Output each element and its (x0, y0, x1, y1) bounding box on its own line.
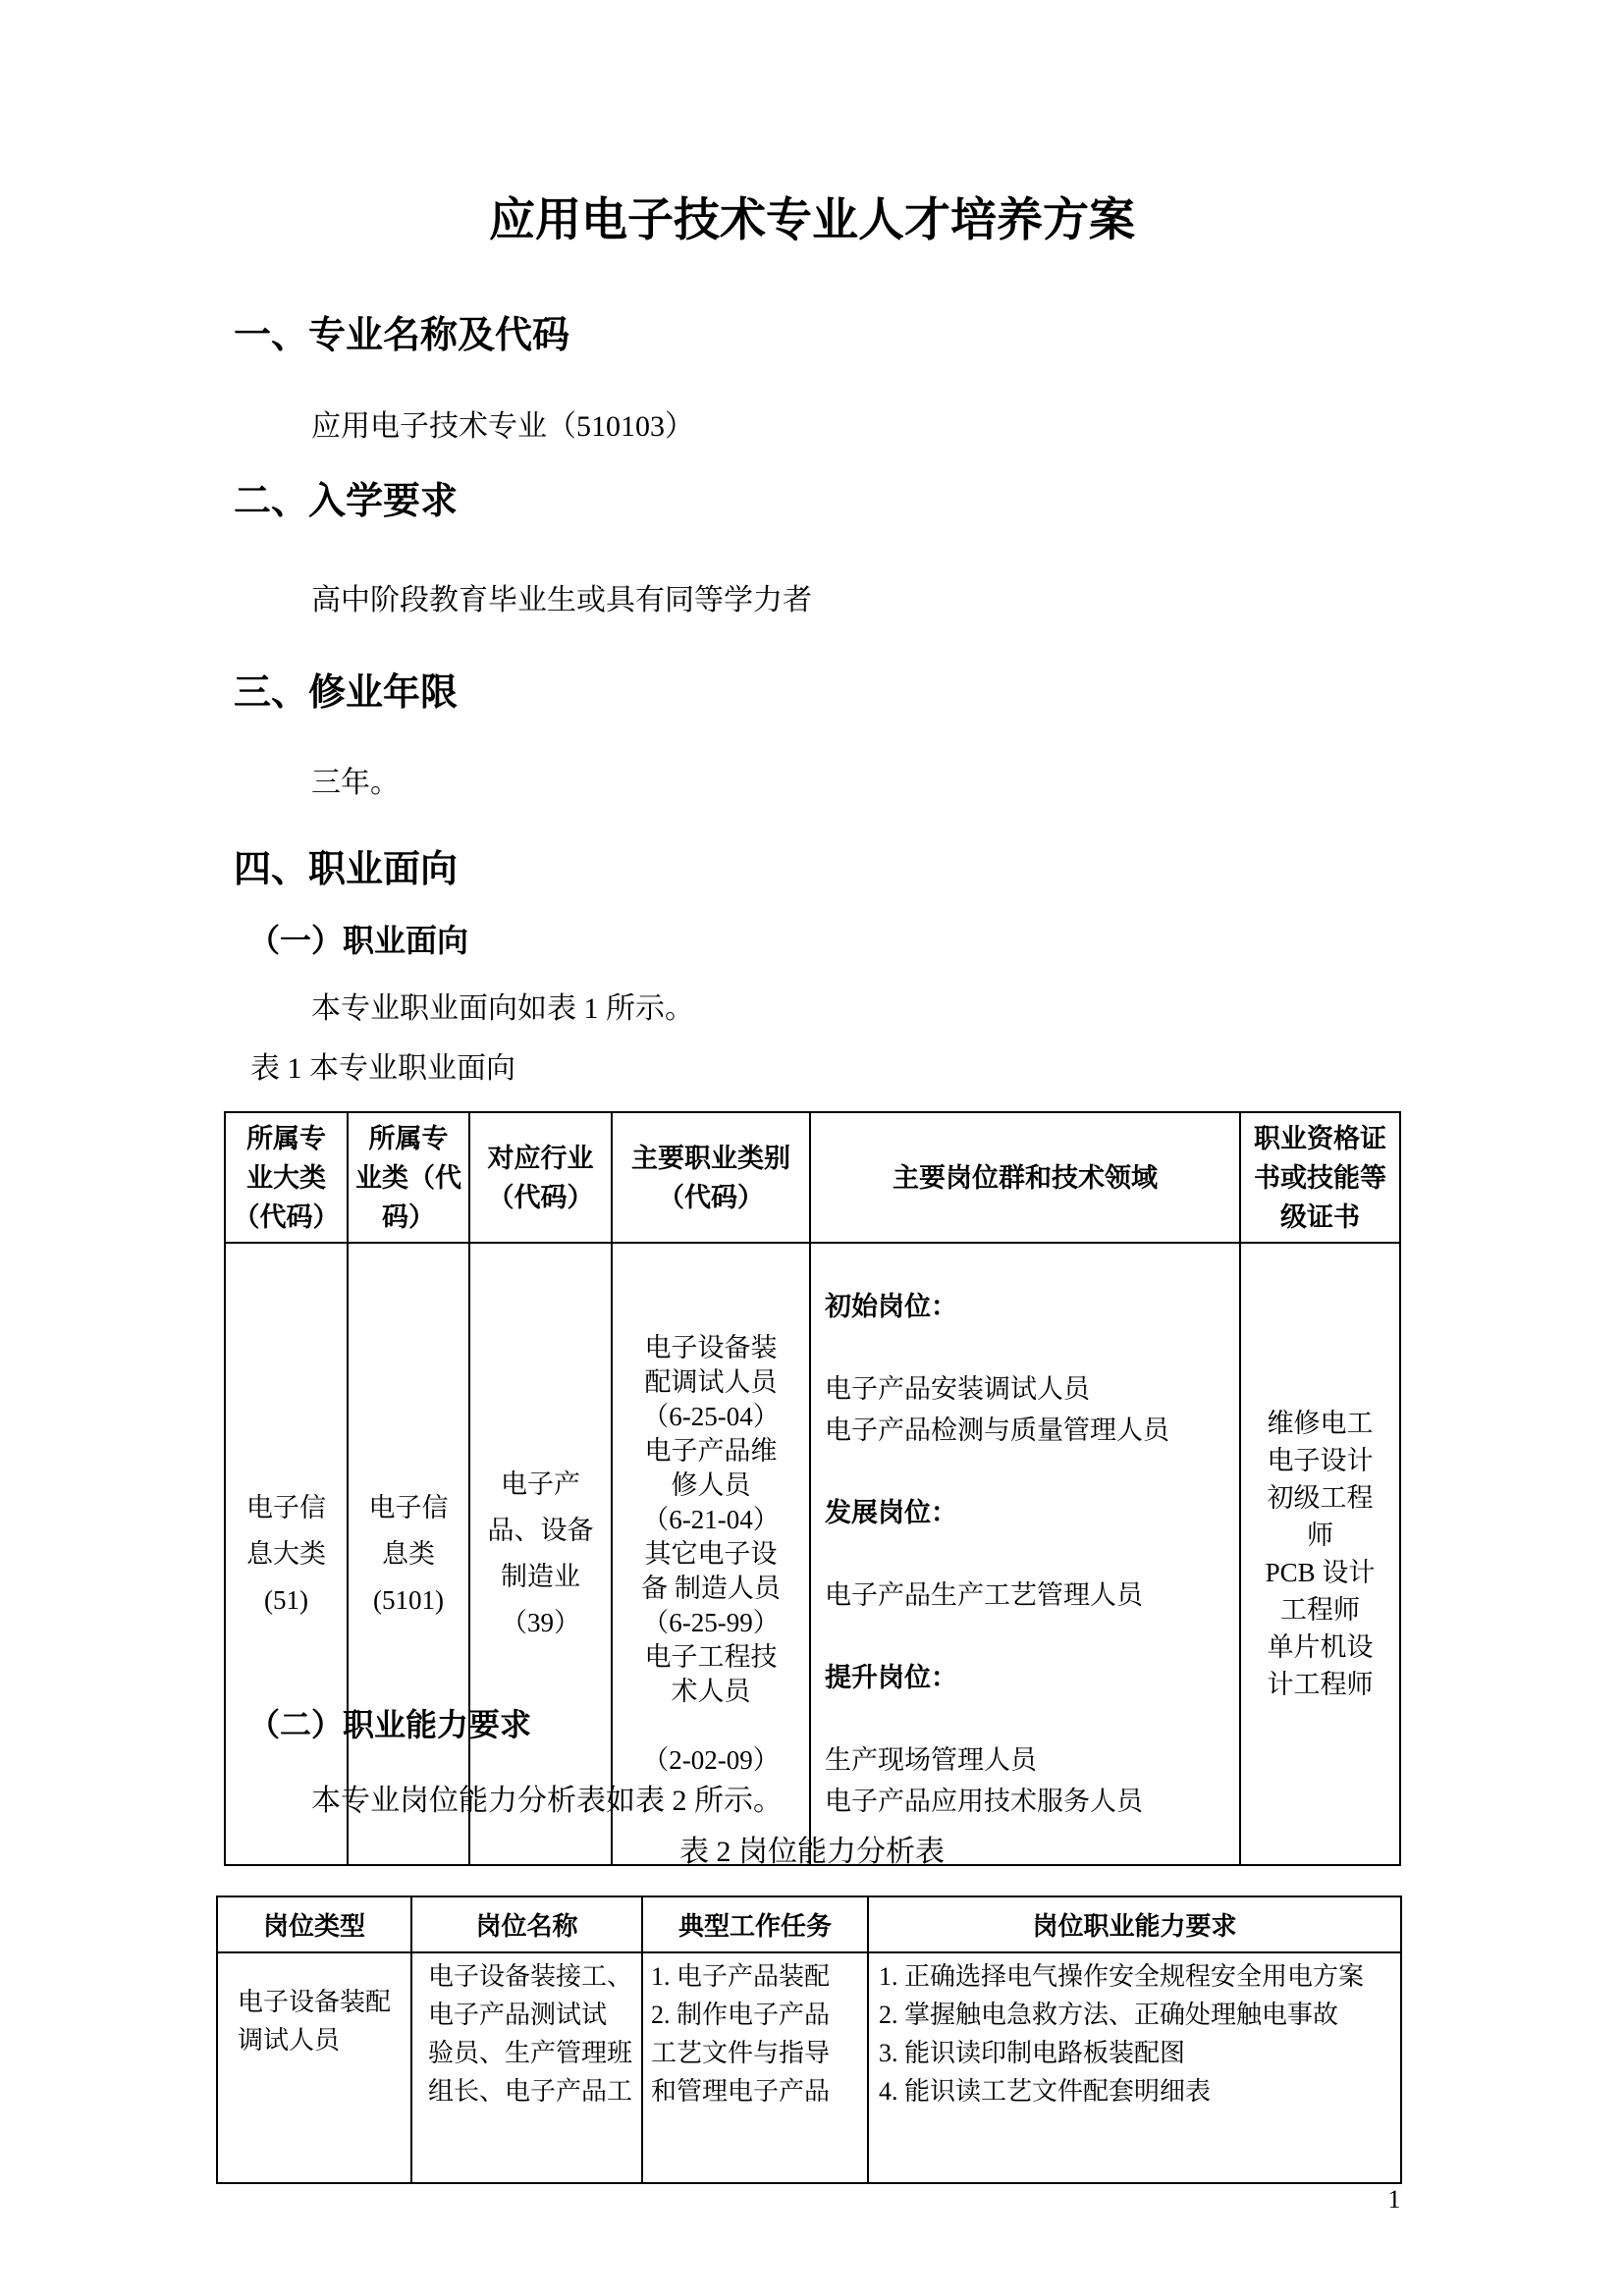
table1-cell-occupations: 电子设备装 配调试人员 （6-25-04） 电子产品维 修人员 （6-21-04… (612, 1243, 810, 1865)
section-heading-career: 四、职业面向 (234, 848, 458, 893)
post-ability-table: 岗位类型 岗位名称 典型工作任务 岗位职业能力要求 电子设备装配 调试人员 电子… (216, 1896, 1402, 2184)
section-body-admission: 高中阶段教育毕业生或具有同等学力者 (311, 581, 812, 621)
document-page: 应用电子技术专业人才培养方案 一、专业名称及代码 应用电子技术专业（510103… (0, 0, 1624, 2296)
section-heading-admission: 二、入学要求 (234, 480, 458, 525)
table2-header-row: 岗位类型 岗位名称 典型工作任务 岗位职业能力要求 (217, 1896, 1401, 1952)
promotion-positions-items: 生产现场管理人员 电子产品应用技术服务人员 (825, 1739, 1233, 1822)
table1-header-major-class: 所属专 业大类 （代码） (225, 1112, 348, 1243)
career-orientation-intro: 本专业职业面向如表 1 所示。 (311, 989, 694, 1030)
promotion-positions-label: 提升岗位： (825, 1657, 1233, 1698)
table2-cell-typical-tasks: 1. 电子产品装配 2. 制作电子产品 工艺文件与指导 和管理电子产品 (642, 1952, 868, 2183)
table1-cell-major-class: 电子信 息大类 (51) (225, 1243, 348, 1865)
section-heading-name-code: 一、专业名称及代码 (234, 314, 569, 359)
development-positions-label: 发展岗位： (825, 1492, 1233, 1533)
section-body-name-code: 应用电子技术专业（510103） (311, 407, 694, 448)
table1-cell-class: 电子信 息类 (5101) (348, 1243, 469, 1865)
table2-caption: 表 2 岗位能力分析表 (0, 1833, 1624, 1871)
career-orientation-table: 所属专 业大类 （代码） 所属专 业类（代 码） 对应行业 （代码） 主要职业类… (224, 1111, 1401, 1866)
section-body-duration: 三年。 (311, 764, 400, 804)
table2-cell-ability-requirements: 1. 正确选择电气操作安全规程安全用电方案 2. 掌握触电急救方法、正确处理触电… (868, 1952, 1401, 2183)
table1-data-row: 电子信 息大类 (51) 电子信 息类 (5101) 电子产 品、设备 制造业 … (225, 1243, 1400, 1865)
table2-header-post-name: 岗位名称 (411, 1896, 642, 1952)
table2-header-ability-requirements: 岗位职业能力要求 (868, 1896, 1401, 1952)
table1-header-row: 所属专 业大类 （代码） 所属专 业类（代 码） 对应行业 （代码） 主要职业类… (225, 1112, 1400, 1243)
initial-positions-items: 电子产品安装调试人员 电子产品检测与质量管理人员 (825, 1368, 1233, 1451)
table1-caption: 表 1 本专业职业面向 (250, 1049, 515, 1088)
table2-cell-post-names: 电子设备装接工、 电子产品测试试 验员、生产管理班 组长、电子产品工 (411, 1952, 642, 2183)
subsection-heading-ability-requirements: （二）职业能力要求 (248, 1705, 531, 1744)
development-positions-items: 电子产品生产工艺管理人员 (825, 1575, 1233, 1616)
ability-requirements-intro: 本专业岗位能力分析表如表 2 所示。 (311, 1782, 783, 1822)
table2-data-row: 电子设备装配 调试人员 电子设备装接工、 电子产品测试试 验员、生产管理班 组长… (217, 1952, 1401, 2183)
table1-cell-position-groups: 初始岗位： 电子产品安装调试人员 电子产品检测与质量管理人员 发展岗位： 电子产… (810, 1243, 1240, 1865)
table2-header-post-type: 岗位类型 (217, 1896, 411, 1952)
table2-cell-post-type: 电子设备装配 调试人员 (217, 1952, 411, 2183)
table1-header-certificates: 职业资格证 书或技能等 级证书 (1240, 1112, 1400, 1243)
table1-header-occupations: 主要职业类别 （代码） (612, 1112, 810, 1243)
table1-cell-industry: 电子产 品、设备 制造业 （39） (469, 1243, 612, 1865)
initial-positions-label: 初始岗位： (825, 1286, 1233, 1327)
section-heading-duration: 三、修业年限 (234, 671, 458, 717)
table1-header-position-groups: 主要岗位群和技术领域 (810, 1112, 1240, 1243)
document-title: 应用电子技术专业人才培养方案 (0, 192, 1624, 247)
table1-cell-certificates: 维修电工 电子设计 初级工程 师 PCB 设计 工程师 单片机设 计工程师 (1240, 1243, 1400, 1865)
table2-header-typical-tasks: 典型工作任务 (642, 1896, 868, 1952)
subsection-heading-career-orientation: （一）职业面向 (248, 921, 468, 960)
table1-header-industry: 对应行业 （代码） (469, 1112, 612, 1243)
table1-header-class: 所属专 业类（代 码） (348, 1112, 469, 1243)
page-number: 1 (1375, 2185, 1414, 2215)
